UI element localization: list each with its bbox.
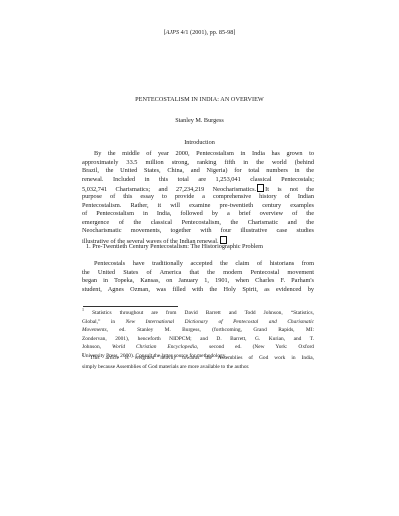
text-line: Neocharismatic movements, together with … <box>82 227 314 236</box>
footnote-line: simply because Assemblies of God materia… <box>82 364 314 373</box>
footnote-line: 1 Statistics throughout are from David B… <box>82 310 314 319</box>
text-line: student, Agnes Ozman, was filled with th… <box>82 286 314 295</box>
section-heading-1: 1. Pre-Twentieth Century Pentecostalism:… <box>86 243 263 250</box>
italic-title: New International Dictionary of Pentecos… <box>126 319 314 325</box>
italic-title: World Christian Encyclopedia <box>112 344 197 350</box>
text-segment: This article is weighted heavily towards… <box>90 355 314 361</box>
footnote-2: 2 This article is weighted heavily towar… <box>82 355 314 372</box>
document-page: [AJPS 4/1 (2001), pp. 85-98] PENTECOSTAL… <box>0 0 399 516</box>
text-segment: , ed. Stanley M. Burgess, (forthcoming, … <box>107 327 314 333</box>
footnote-number: 2 <box>82 352 84 357</box>
footnote-line: 2 This article is weighted heavily towar… <box>82 355 314 364</box>
journal-abbrev: AJPS <box>166 29 179 36</box>
citation-details: 4/1 (2001), pp. 85-98] <box>179 29 235 36</box>
text-line: emergence of the classical Pentecostalis… <box>82 219 314 228</box>
footnote-number: 1 <box>82 307 84 312</box>
text-line: the United States of America that the mo… <box>82 269 314 278</box>
text-segment: Global,” in <box>82 319 126 325</box>
paragraph-section1: Pentecostals have traditionally accepted… <box>82 260 314 294</box>
text-line: By the middle of year 2000, Pentecostali… <box>82 150 314 159</box>
section-heading-introduction: Introduction <box>0 139 399 146</box>
text-line: renewal. Included in this total are 1,25… <box>82 176 314 185</box>
text-line: Brazil, the United States, China, and Ni… <box>82 167 314 176</box>
article-author: Stanley M. Burgess <box>0 117 399 124</box>
paragraph-intro: By the middle of year 2000, Pentecostali… <box>82 150 314 245</box>
article-title: PENTECOSTALISM IN INDIA: AN OVERVIEW <box>0 96 399 103</box>
text-line: Pentecostalism. Rather, it will examine … <box>82 202 314 211</box>
text-line: approximately 33.5 million strong, ranki… <box>82 159 314 168</box>
text-line-with-footnote: 5,032,741 Charismatics; and 27,234,219 N… <box>82 184 314 193</box>
footnote-1: 1 Statistics throughout are from David B… <box>82 310 314 362</box>
text-line: of Pentecostalism in India, followed by … <box>82 210 314 219</box>
text-line: Pentecostals have traditionally accepted… <box>82 260 314 269</box>
text-segment: , second ed. (New York: Oxford <box>197 344 314 350</box>
footnote-line: Movements, ed. Stanley M. Burgess, (fort… <box>82 327 314 336</box>
text-segment: Statistics throughout are from David Bar… <box>92 310 314 316</box>
journal-citation-header: [AJPS 4/1 (2001), pp. 85-98] <box>0 29 399 36</box>
text-line: purpose of this essay to provide a compr… <box>82 193 314 202</box>
text-line: began in Topeka, Kansas, on January 1, 1… <box>82 277 314 286</box>
footnote-line: Johnson, World Christian Encyclopedia, s… <box>82 344 314 353</box>
footnote-line: Global,” in New International Dictionary… <box>82 319 314 328</box>
footnote-marker-icon[interactable] <box>257 184 264 192</box>
text-segment: Johnson, <box>82 344 112 350</box>
footnote-divider <box>83 306 178 307</box>
italic-title: Movements <box>82 327 107 333</box>
